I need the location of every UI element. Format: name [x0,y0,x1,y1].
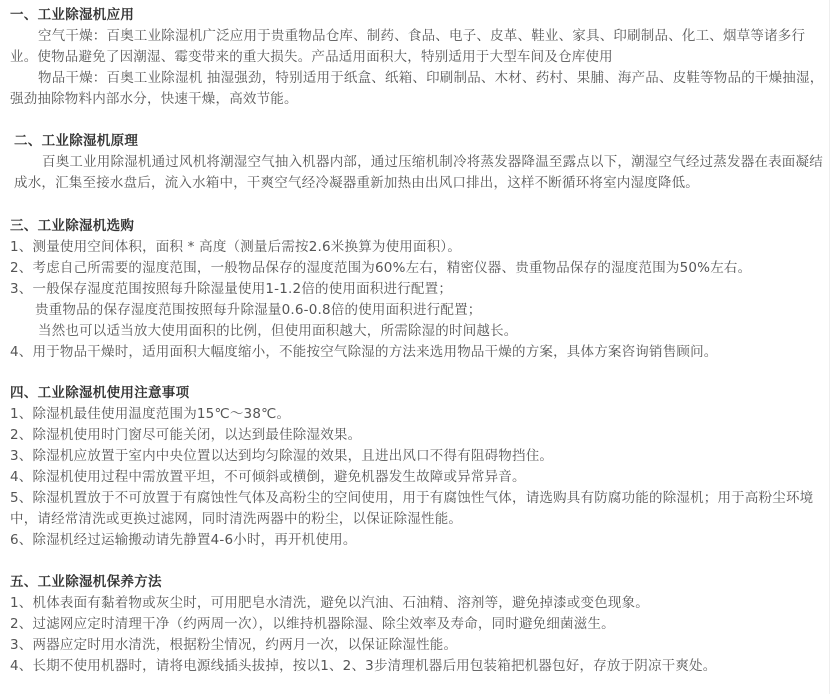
section-heading: 五、工业除湿机保养方法 [10,572,825,593]
paragraph-item-drying: 物品干燥：百奥工业除湿机 抽湿强劲，特别适用于纸盒、纸箱、印刷制品、木材、药村、… [10,68,825,110]
list-item: 4、用于物品干燥时，适用面积大幅度缩小，不能按空气除湿的方法来选用物品干燥的方案… [10,342,825,363]
section-heading: 一、工业除湿机应用 [10,5,825,26]
list-item: 1、除湿机最佳使用温度范围为15℃～38℃。 [10,404,825,425]
list-item-continued: 中，请经常清洗或更换过滤网，同时清洗两器中的粉尘，以保证除湿性能。 [10,509,825,530]
list-item: 5、除湿机置放于不可放置于有腐蚀性气体及高粉尘的空间使用，用于有腐蚀性气体，请选… [10,488,825,509]
section-principle: 二、工业除湿机原理 百奥工业用除湿机通过风机将潮湿空气抽入机器内部，通过压缩机制… [14,131,829,194]
section-heading: 三、工业除湿机选购 [10,216,825,237]
list-item: 6、除湿机经过运输搬动请先静置4-6小时，再开机使用。 [10,530,825,551]
section-heading: 四、工业除湿机使用注意事项 [10,383,825,404]
section-heading: 二、工业除湿机原理 [14,131,829,152]
list-item: 4、除湿机使用过程中需放置平坦，不可倾斜或横倒，避免机器发生故障或异常异音。 [10,467,825,488]
list-item: 1、测量使用空间体积，面积 * 高度（测量后需按2.6米换算为使用面积）。 [10,237,825,258]
list-item: 3、一般保存湿度范围按照每升除湿量使用1-1.2倍的使用面积进行配置； [10,279,825,300]
list-item: 3、除湿机应放置于室内中央位置以达到均匀除湿的效果，且进出风口不得有阻碍物挡住。 [10,446,825,467]
section-maintenance: 五、工业除湿机保养方法 1、机体表面有黏着物或灰尘时，可用肥皂水清洗，避免以汽油… [10,572,825,677]
article-page: 一、工业除湿机应用 空气干燥：百奥工业除湿机广泛应用于贵重物品仓库、制药、食品、… [0,0,830,694]
paragraph-air-drying: 空气干燥：百奥工业除湿机广泛应用于贵重物品仓库、制药、食品、电子、皮革、鞋业、家… [10,26,825,68]
section-purchase: 三、工业除湿机选购 1、测量使用空间体积，面积 * 高度（测量后需按2.6米换算… [10,216,825,363]
list-item: 2、除湿机使用时门窗尽可能关闭，以达到最佳除湿效果。 [10,425,825,446]
list-item: 2、过滤网应定时清理干净（约两周一次），以维持机器除湿、除尘效率及寿命，同时避免… [10,614,825,635]
list-item: 2、考虑自己所需要的湿度范围，一般物品保存的湿度范围为60%左右，精密仪器、贵重… [10,258,825,279]
list-item-sub: 当然也可以适当放大使用面积的比例，但使用面积越大，所需除湿的时间越长。 [10,321,825,342]
section-application: 一、工业除湿机应用 空气干燥：百奥工业除湿机广泛应用于贵重物品仓库、制药、食品、… [10,5,825,110]
paragraph-principle: 百奥工业用除湿机通过风机将潮湿空气抽入机器内部，通过压缩机制冷将蒸发器降温至露点… [14,152,829,194]
section-precautions: 四、工业除湿机使用注意事项 1、除湿机最佳使用温度范围为15℃～38℃。 2、除… [10,383,825,551]
list-item: 3、两器应定时用水清洗，根据粉尘情况，约两月一次，以保证除湿性能。 [10,635,825,656]
list-item: 4、长期不使用机器时，请将电源线插头拔掉，按以1、2、3步清理机器后用包装箱把机… [10,656,825,677]
list-item: 1、机体表面有黏着物或灰尘时，可用肥皂水清洗，避免以汽油、石油精、溶剂等，避免掉… [10,593,825,614]
list-item-sub: 贵重物品的保存湿度范围按照每升除湿量0.6-0.8倍的使用面积进行配置； [10,300,825,321]
